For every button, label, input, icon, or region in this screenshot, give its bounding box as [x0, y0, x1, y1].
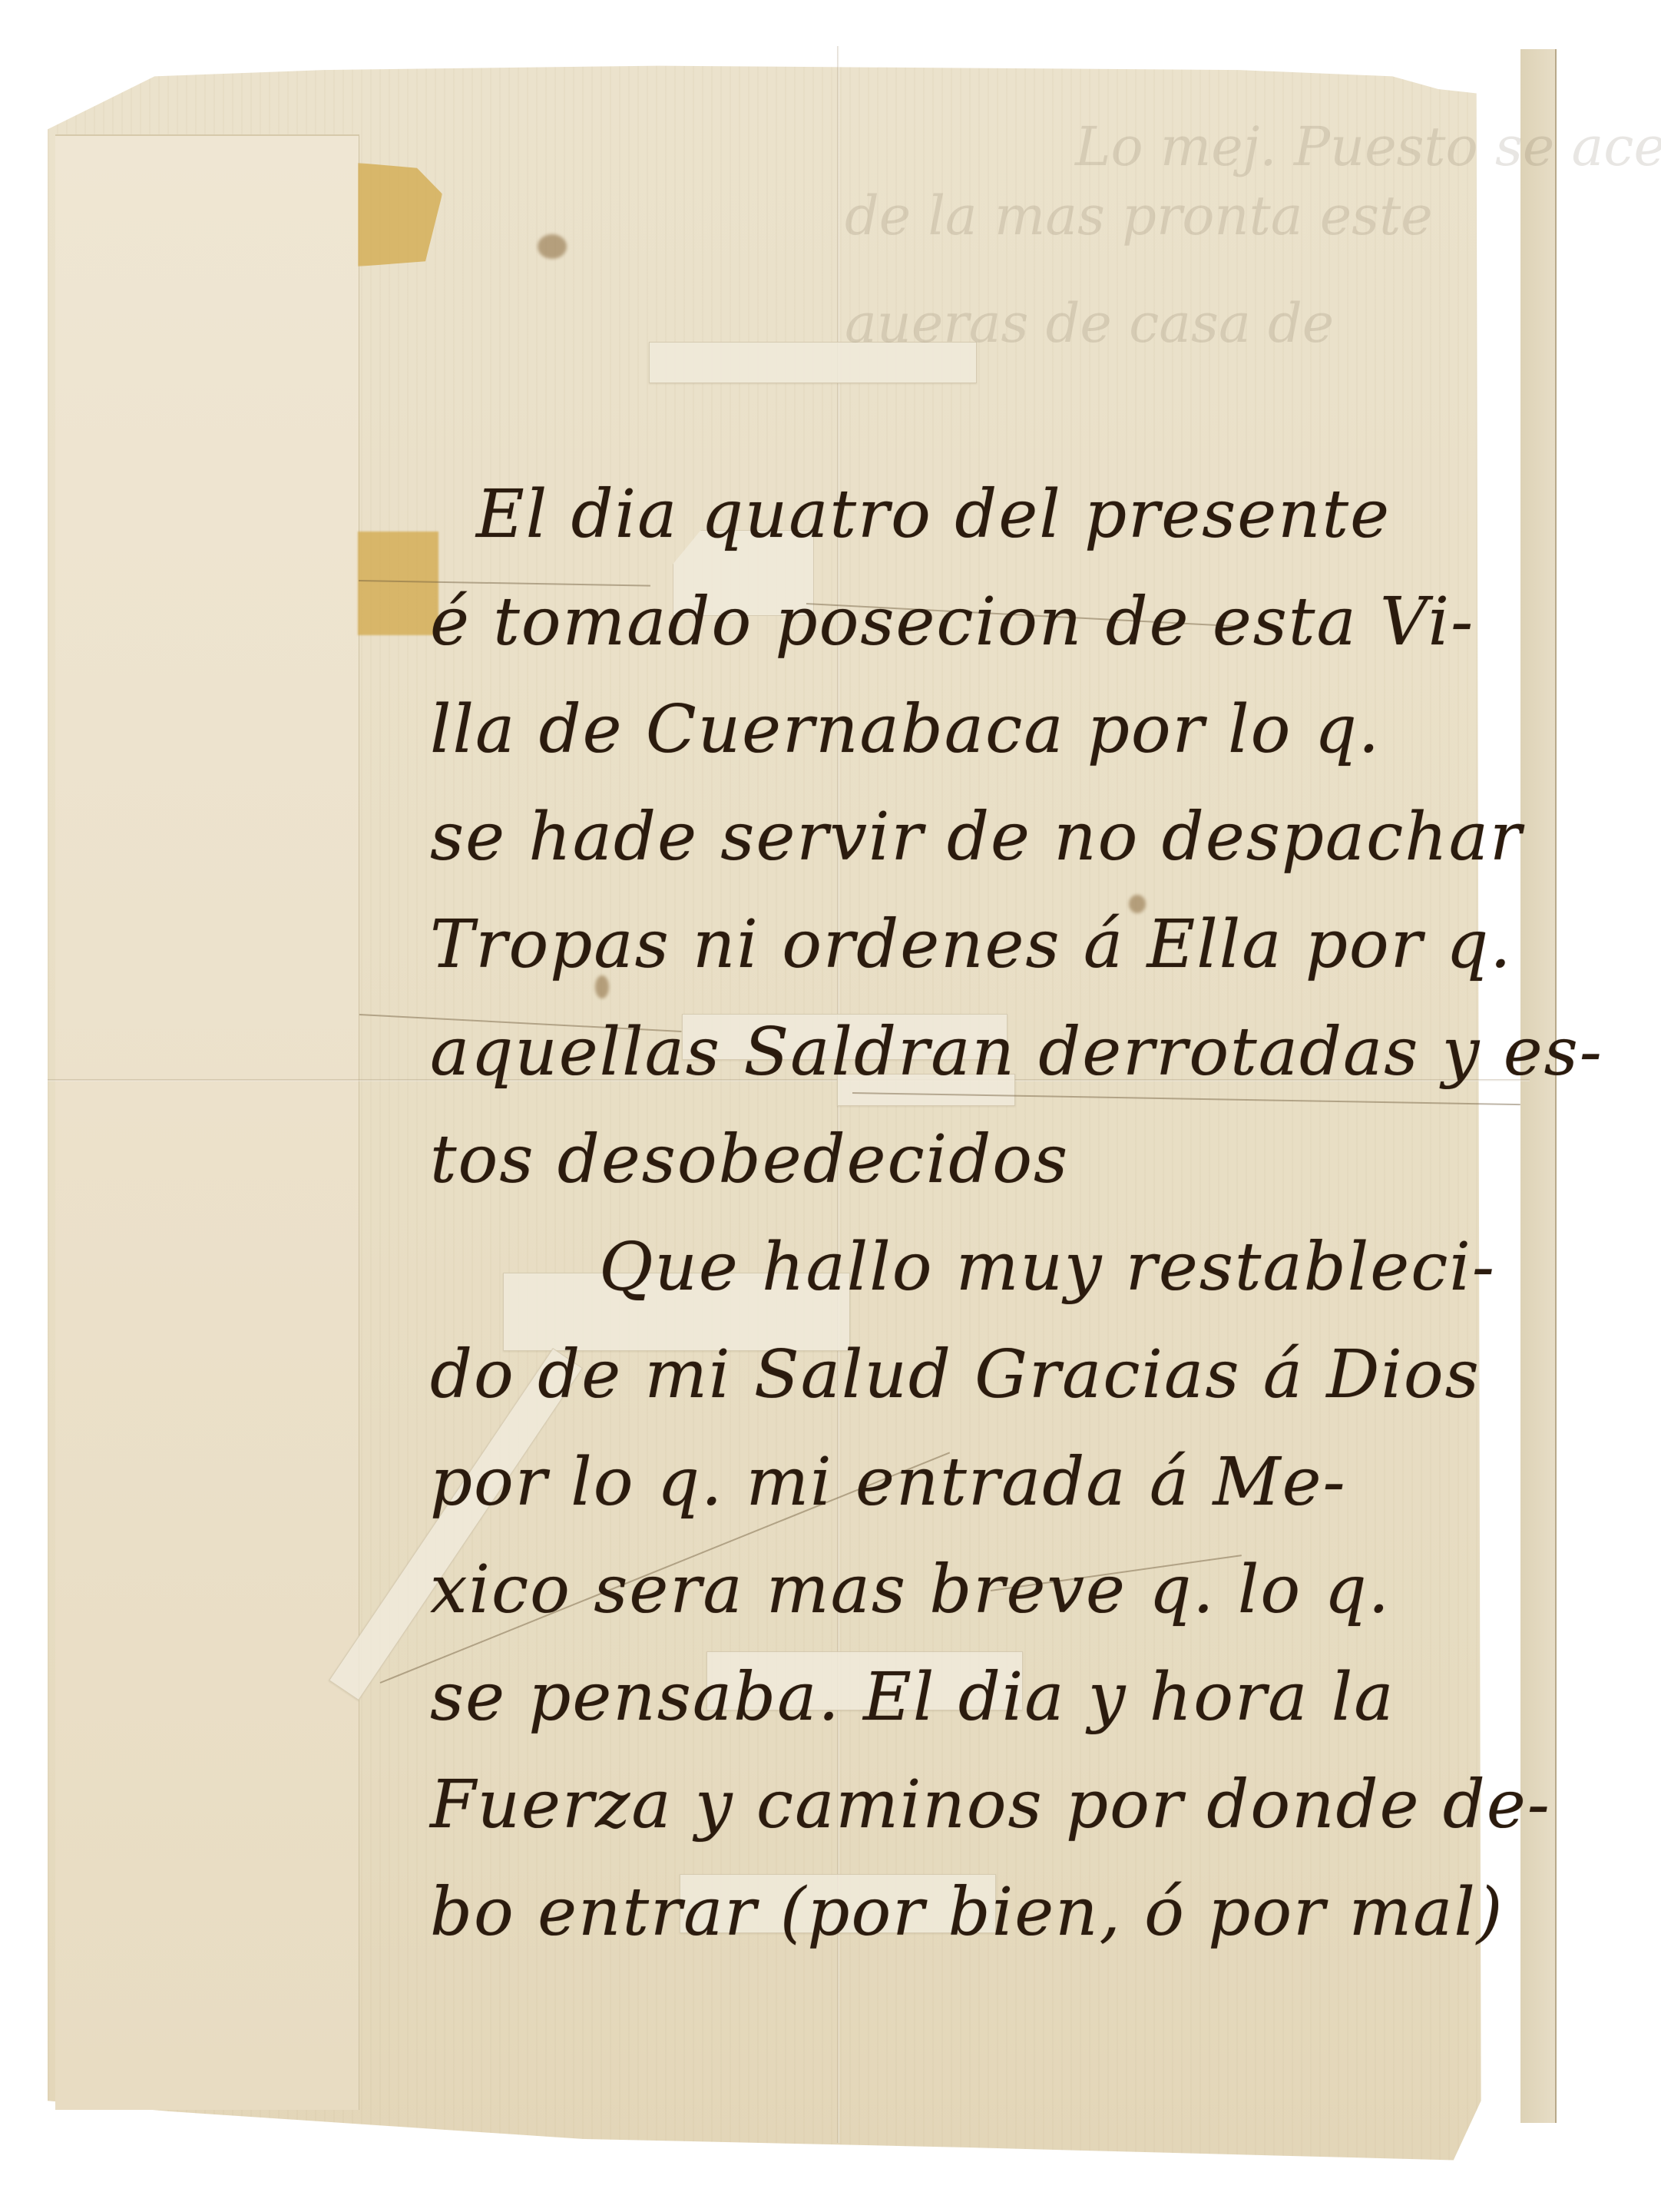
ink-spot [538, 234, 567, 259]
manuscript-line: bo entrar (por bien, ó por mal) [430, 1859, 1613, 1966]
manuscript-line: se hade servir de no despachar [430, 783, 1613, 891]
show-through-text: de la mas pronta este [845, 184, 1433, 247]
show-through-text: Lo mej. Puesto se acerca en [1075, 115, 1661, 178]
paper-guard-strip [55, 134, 359, 2110]
manuscript-line: é tomado posecion de esta Vi- [430, 568, 1613, 676]
manuscript-line: por lo q. mi entrada á Me- [430, 1429, 1613, 1536]
manuscript-line: tos desobedecidos [430, 1106, 1613, 1214]
manuscript-line: lla de Cuernabaca por lo q. [430, 676, 1613, 783]
manuscript-line: Que hallo muy restableci- [430, 1214, 1613, 1321]
adhesive-stain [358, 531, 438, 635]
manuscript-line: aquellas Saldran derrotadas y es- [430, 998, 1613, 1106]
manuscript-line: se pensaba. El dia y hora la [430, 1644, 1613, 1751]
manuscript-line: xico sera mas breve q. lo q. [430, 1536, 1613, 1644]
manuscript-line: Fuerza y caminos por donde de- [430, 1751, 1613, 1859]
manuscript-line: Tropas ni ordenes á Ella por q. [430, 891, 1613, 998]
manuscript-line: El dia quatro del presente [430, 461, 1613, 568]
manuscript-line: do de mi Salud Gracias á Dios [430, 1321, 1613, 1429]
letter-body: El dia quatro del presente é tomado pose… [430, 461, 1613, 1966]
show-through-text: aueras de casa de [845, 292, 1334, 355]
